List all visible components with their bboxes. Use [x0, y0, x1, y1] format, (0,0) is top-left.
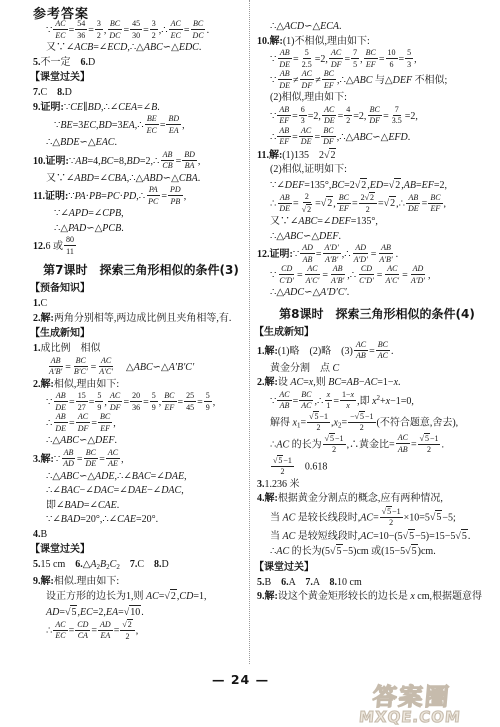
fraction: ABDE: [53, 391, 68, 412]
answer-line: 11.解:(1)135 2√2: [257, 148, 497, 164]
answer-line: ∵ABEF=63=2,ACDE=42=2,BCDF=73.5=2,: [257, 106, 497, 127]
section-label: 【课堂过关】: [30, 70, 249, 86]
fraction: ACA′C′: [383, 264, 401, 285]
answer-book-page: 参考答案 ∵ACEC=5436=32,BCDC=4530=32,∴ACEC=BC…: [0, 0, 500, 727]
answer-line: ∴△ACD∽△ECA.: [257, 20, 497, 35]
fraction: ACDE: [299, 126, 314, 147]
fraction: x1: [324, 390, 332, 411]
fraction: 2036: [130, 391, 142, 412]
fraction: ACDF: [76, 412, 91, 433]
answer-line: 4.解:根据黄金分割点的概念,应有两种情况,: [257, 492, 497, 507]
fraction: ACDF: [329, 48, 344, 69]
fraction: ACA′C′: [304, 264, 322, 285]
sqrt-expression: √2: [384, 196, 397, 212]
fraction: ACAB: [396, 433, 410, 454]
answer-line: 11.证明:∵PA·PB=PC·PD,∴PAPC=PDPB,: [33, 186, 249, 207]
answer-line: 9.证明:∵CE∥BD,∴∠CEA=∠B.: [33, 101, 249, 116]
fraction: 106: [386, 48, 398, 69]
sqrt-expression: √2: [355, 178, 368, 194]
fraction: BCEF: [428, 193, 442, 214]
fraction: 75: [351, 48, 359, 69]
fraction: ABDE: [53, 412, 68, 433]
fraction: ABA′B′: [47, 356, 64, 377]
column-divider: [249, 0, 250, 664]
answer-line: √5−12 0.618: [257, 456, 497, 478]
page-number: — 24 —: [212, 672, 269, 687]
watermark-logo: 答案圈: [322, 685, 500, 709]
section-label: 【课堂过关】: [254, 560, 497, 576]
section-label: 【生成新知】: [30, 326, 249, 342]
sqrt-expression: √2: [302, 204, 312, 215]
fraction: BDBA: [182, 150, 197, 171]
sqrt-expression: √5: [420, 433, 430, 444]
fraction: 59: [95, 391, 103, 412]
answer-line: ∴△ABC∽△DEF.: [33, 434, 249, 449]
answer-line: 9.解:相似.理由如下:: [33, 575, 249, 590]
lesson-heading: 第7课时 探索三角形相似的条件(3): [33, 260, 249, 280]
sqrt-expression: √5: [455, 529, 468, 545]
fraction: CDC′D′: [277, 264, 296, 285]
answer-line: ∵CDC′D′=ACA′C′=ABA′B′,∴CDC′D′=ACA′C′=ADA…: [257, 265, 497, 286]
fraction: A′D′A′B′: [323, 243, 341, 264]
answers-column-right: ∴△ACD∽△ECA.10.解:(1)不相似,理由如下:∵ABDE=52.5=2…: [257, 20, 497, 605]
watermark-site: MXQE.COM: [320, 709, 499, 725]
fraction: ABDE: [277, 48, 292, 69]
fraction: 59: [150, 391, 158, 412]
fraction: √5−12: [323, 433, 346, 455]
answer-line: 即∠BAD=∠CAE.: [33, 499, 249, 514]
answer-line: 12.证明:∵ADAB=A′D′A′B′,∴ADA′D′=ABA′B′.: [257, 244, 497, 265]
answer-line: (2)相似,理由如下:: [257, 91, 497, 106]
answer-line: 5.不一定 6.D: [33, 56, 249, 71]
fraction: CDC′D′: [357, 264, 376, 285]
fraction: ACDF: [108, 391, 123, 412]
fraction: ACA′C′: [97, 356, 115, 377]
fraction: √5−12: [271, 455, 294, 477]
fraction: BCEF: [337, 193, 351, 214]
fraction: ACAE: [106, 448, 120, 469]
fraction: BCDF: [321, 126, 336, 147]
sqrt-expression: √2: [122, 619, 132, 630]
fraction: 1527: [76, 391, 88, 412]
answer-line: (2)相似,证明如下:: [257, 163, 497, 178]
fraction: ABDE: [277, 193, 292, 214]
fraction: 53: [405, 48, 413, 69]
fraction: BEEC: [145, 114, 159, 135]
answer-line: ∴AC 的长为√5−12,∴黄金比=ACAB=√5−12.: [257, 434, 497, 456]
fraction: BCEF: [162, 391, 176, 412]
fraction: ABDE: [406, 193, 421, 214]
sqrt-expression: √5: [273, 455, 283, 466]
answer-line: ∴∠BAC−∠DAC=∠DAE−∠DAC,: [33, 484, 249, 499]
fraction: ACEC: [169, 19, 183, 40]
fraction: 8011: [64, 235, 76, 256]
fraction: BCDE: [84, 448, 99, 469]
answer-line: 2.解:相似,理由如下:: [33, 378, 249, 393]
answer-line: ∴AC 的长为(5√5−5)cm 或(15−5√5)cm.: [257, 544, 497, 560]
fraction: √5−12: [418, 433, 441, 455]
sqrt-expression: √2: [164, 589, 177, 605]
section-label: 【生成新知】: [254, 325, 497, 341]
answer-line: 解得 x1=√5−12,x2=−√5−12(不符合题意,舍去),: [257, 412, 497, 434]
sqrt-expression: √5: [330, 544, 343, 560]
sqrt-expression: √2: [365, 192, 375, 203]
fraction: 2√2: [300, 192, 314, 214]
fraction: BCDF: [367, 105, 382, 126]
fraction: ABEF: [277, 126, 291, 147]
sqrt-expression: √2: [389, 178, 402, 194]
fraction: ACAB: [354, 340, 368, 361]
answer-line: 设正方形的边长为1,则 AC=√2,CD=1,: [33, 589, 249, 605]
answer-line: 2.解:两角分别相等,两边成比例且夹角相等,有.: [33, 312, 249, 327]
fraction: BCB′C′: [72, 356, 90, 377]
answer-line: 2.解:设 AC=x,则 BC=AB−AC=1−x.: [257, 376, 497, 391]
fraction: ACEC: [53, 19, 67, 40]
fraction: √5−12: [380, 506, 403, 528]
answer-line: 黄金分割 点 C: [257, 362, 497, 377]
lesson-heading: 第8课时 探索三角形相似的条件(4): [257, 304, 497, 324]
answer-line: 1.C: [33, 297, 249, 312]
fraction: BCAC: [376, 340, 390, 361]
sqrt-expression: √5: [382, 506, 392, 517]
answer-line: 又∵∠ACB=∠ECD,∴△ABC∽△EDC.: [33, 41, 249, 56]
sqrt-expression: √5: [430, 510, 443, 526]
answer-line: ∴△ADC∽△A′D′C′.: [257, 286, 497, 301]
fraction: √5−12: [307, 411, 330, 433]
fraction: 42: [344, 105, 352, 126]
answer-line: 5.B 6.A 7.A 8.10 cm: [257, 576, 497, 591]
answer-line: 3.解:∵ABAD=BCDE=ACAE,: [33, 449, 249, 470]
answer-line: 10.证明:∵AB=4,BC=8,BD=2,∴ABCB=BDBA,: [33, 151, 249, 172]
fraction: 63: [299, 105, 307, 126]
answer-line: 又∵∠ABC=∠DEF=135°,: [257, 215, 497, 230]
sqrt-expression: √5: [65, 605, 78, 621]
sqrt-expression: √5: [403, 529, 416, 545]
answer-line: ∵ACEC=5436=32,BCDC=4530=32,∴ACEC=BCDC.: [33, 20, 249, 41]
answer-line: ∵BE=3EC,BD=3EA,∴BEEC=BDEA,: [33, 115, 249, 136]
answer-line: 12.6 或8011: [33, 236, 249, 257]
sqrt-expression: √5: [325, 433, 335, 444]
fraction: ADEA: [98, 620, 113, 641]
fraction: ACAB: [277, 390, 291, 411]
fraction: ACEC: [53, 620, 67, 641]
fraction: BDEA: [166, 114, 181, 135]
section-label: 【课堂过关】: [30, 542, 249, 558]
fraction: √22: [120, 619, 134, 641]
fraction: 59: [204, 391, 212, 412]
answer-line: ∴ABEF=ACDE=BCDF,∴△ABC∽△EFD.: [257, 127, 497, 148]
answer-line: 当 AC 是较长线段时,AC=√5−12×10=5√5−5;: [257, 507, 497, 529]
answer-line: 10.解:(1)不相似,理由如下:: [257, 35, 497, 50]
sqrt-expression: √5: [405, 544, 418, 560]
answer-line: ∴ABDE=ACDF=BCEF,: [33, 413, 249, 434]
fraction: ADAB: [300, 243, 315, 264]
fraction: BCEF: [322, 69, 336, 90]
answer-line: ∴△ABC∽△ADE,∴∠BAC=∠DAE,: [33, 470, 249, 485]
answer-line: 5.15 cm 6.△A2B2C2 7.C 8.D: [33, 558, 249, 575]
fraction: BCDC: [107, 19, 122, 40]
answer-line: 当 AC 是较短线段时,AC=10−(5√5−5)=15−5√5.: [257, 529, 497, 545]
answer-line: ∵ABDE≠ACDF≠BCEF,∴△ABC 与△DEF 不相似;: [257, 70, 497, 91]
answer-line: ∵ABDE=1527=59,ACDF=2036=59,BCEF=2545=59,: [33, 392, 249, 413]
answer-line: 又∵∠ABD=∠CBA,∴△ABD∽△CBA.: [33, 172, 249, 187]
fraction: ABA′B′: [329, 264, 346, 285]
answer-line: ∵∠BAD=20°,∴∠CAE=20°.: [33, 513, 249, 528]
fraction: ADA′D′: [352, 243, 370, 264]
fraction: BCDC: [191, 19, 206, 40]
section-label: 【预备知识】: [30, 281, 249, 297]
answer-line: ∴△BDE∽△EAC.: [33, 136, 249, 151]
answer-line: ∵∠APD=∠CPB,: [33, 207, 249, 222]
answer-line: 9.解:设这个黄金矩形较长的边长是 x cm,根据题意得: [257, 590, 497, 605]
answer-line: AD=√5,EC=2,EA=√10.: [33, 605, 249, 621]
fraction: 2√22: [359, 192, 377, 214]
sqrt-expression: √10: [124, 605, 142, 621]
fraction: 5436: [75, 19, 87, 40]
fraction: 1−xx: [340, 390, 356, 411]
answer-line: 3.1.236 米: [257, 478, 497, 493]
sqrt-expression: √5: [355, 411, 365, 422]
fraction: 32: [150, 19, 158, 40]
fraction: 32: [95, 19, 103, 40]
answer-line: ABA′B′=BCB′C′=ACA′C′ △ABC∽△A′B′C′: [33, 357, 249, 378]
fraction: ABAD: [61, 448, 76, 469]
fraction: 73.5: [390, 105, 404, 126]
watermark: 答案圈 MXQE.COM: [320, 685, 500, 725]
sqrt-expression: √2: [324, 148, 337, 164]
answer-line: ∴△ABC∽△DEF.: [257, 230, 497, 245]
answer-line: 1.解:(1)略 (2)略 (3)ACAB=BCAC.: [257, 341, 497, 362]
fraction: ADA′D′: [409, 264, 427, 285]
answer-line: 7.C 8.D: [33, 86, 249, 101]
fraction: ABEF: [277, 105, 291, 126]
answer-line: ∴ABDE=2√2=√2,BCEF=2√22=√2,∴ABDE=BCEF,: [257, 193, 497, 215]
fraction: BCEF: [364, 48, 378, 69]
fraction: ACDE: [322, 105, 337, 126]
answer-line: 4.B: [33, 528, 249, 543]
sqrt-expression: √2: [321, 196, 334, 212]
answer-line: 1.成比例 相似: [33, 342, 249, 357]
fraction: ABCB: [160, 150, 174, 171]
fraction: PAPC: [146, 185, 160, 206]
fraction: 2545: [184, 391, 196, 412]
fraction: ACDF: [300, 69, 315, 90]
fraction: BCEF: [98, 412, 112, 433]
sqrt-expression: √5: [309, 411, 319, 422]
fraction: 52.5: [300, 48, 314, 69]
fraction: −√5−12: [348, 411, 375, 433]
fraction: CDCA: [75, 620, 90, 641]
answer-line: ∴△PAD∽△PCB.: [33, 222, 249, 237]
fraction: ABA′B′: [377, 243, 394, 264]
answer-line: ∴ACEC=CDCA=ADEA=√22,: [33, 620, 249, 642]
answer-line: ∵∠DEF=135°,BC=2√2,ED=√2,AB=EF=2,: [257, 178, 497, 194]
answers-column-left: ∵ACEC=5436=32,BCDC=4530=32,∴ACEC=BCDC.又∵…: [33, 20, 249, 642]
fraction: BCAC: [299, 390, 313, 411]
fraction: ABDE: [277, 69, 292, 90]
fraction: PDPB: [168, 185, 183, 206]
answer-line: ∵ACAB=BCAC,∴x1=1−xx,即 x2+x−1=0,: [257, 391, 497, 412]
fraction: 4530: [130, 19, 142, 40]
answer-line: ∵ABDE=52.5=2,ACDF=75,BCEF=106=53,: [257, 49, 497, 70]
